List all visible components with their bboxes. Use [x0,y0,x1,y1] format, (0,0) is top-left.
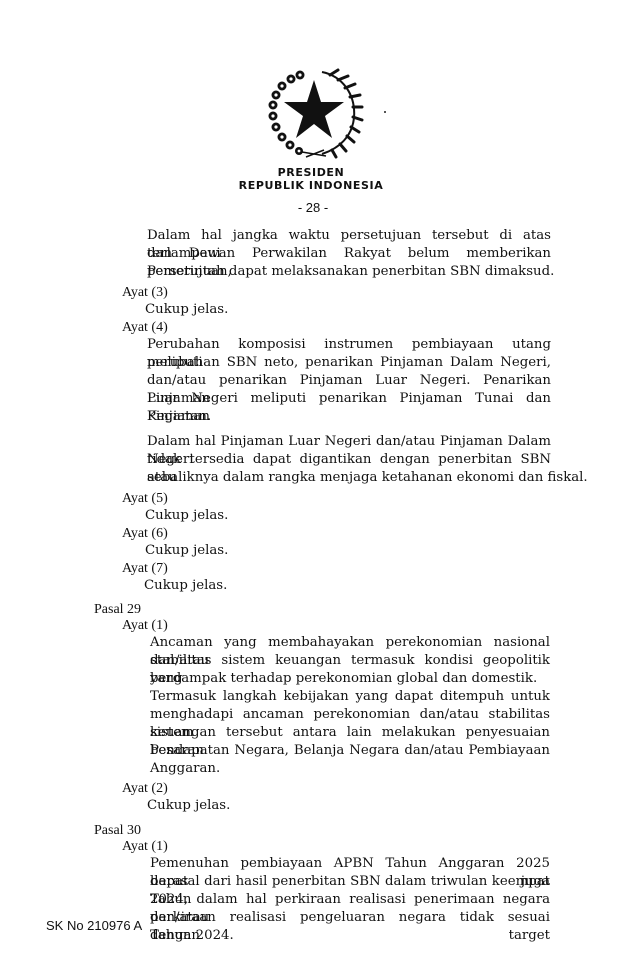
ayat-6-text: Cukup jelas. [145,542,228,560]
pasal-30-ayat-1-label: Ayat (1) [122,838,168,856]
sk-number: SK No 210976 A [46,918,142,933]
text-line: Anggaran. [150,760,220,778]
page-number: - 28 - [0,200,626,215]
text-line: berdampak terhadap perekonomian global d… [150,670,537,688]
pasal-29-ayat-2-label: Ayat (2) [122,780,168,798]
pasal-29-ayat-2-text: Cukup jelas. [147,797,230,815]
ayat-5-text: Cukup jelas. [145,507,228,525]
text-line: Kegiatan. [147,408,211,426]
text-line: sebaliknya dalam rangka menjaga ketahana… [147,469,588,487]
ayat-5-label: Ayat (5) [122,490,168,508]
text-line: Termasuk langkah kebijakan yang dapat di… [150,688,550,706]
text-line: Pendapatan Negara, Belanja Negara dan/at… [150,742,550,760]
ayat-7-text: Cukup jelas. [144,577,227,595]
garuda-star-emblem-icon [262,66,366,160]
text-line: perubahan SBN neto, penarikan Pinjaman D… [147,354,551,372]
text-line: Tahun 2024. [150,927,234,945]
header-presiden: PRESIDEN [0,166,624,179]
scan-speck [384,111,386,113]
ayat-4-label: Ayat (4) [122,319,168,337]
text-line: Pemerintah dapat melaksanakan penerbitan… [147,263,554,281]
pasal-29-ayat-1-label: Ayat (1) [122,617,168,635]
ayat-6-label: Ayat (6) [122,525,168,543]
ayat-3-label: Ayat (3) [122,284,168,302]
ayat-3-text: Cukup jelas. [145,301,228,319]
header-republik-indonesia: REPUBLIK INDONESIA [0,179,624,192]
ayat-7-label: Ayat (7) [122,560,168,578]
